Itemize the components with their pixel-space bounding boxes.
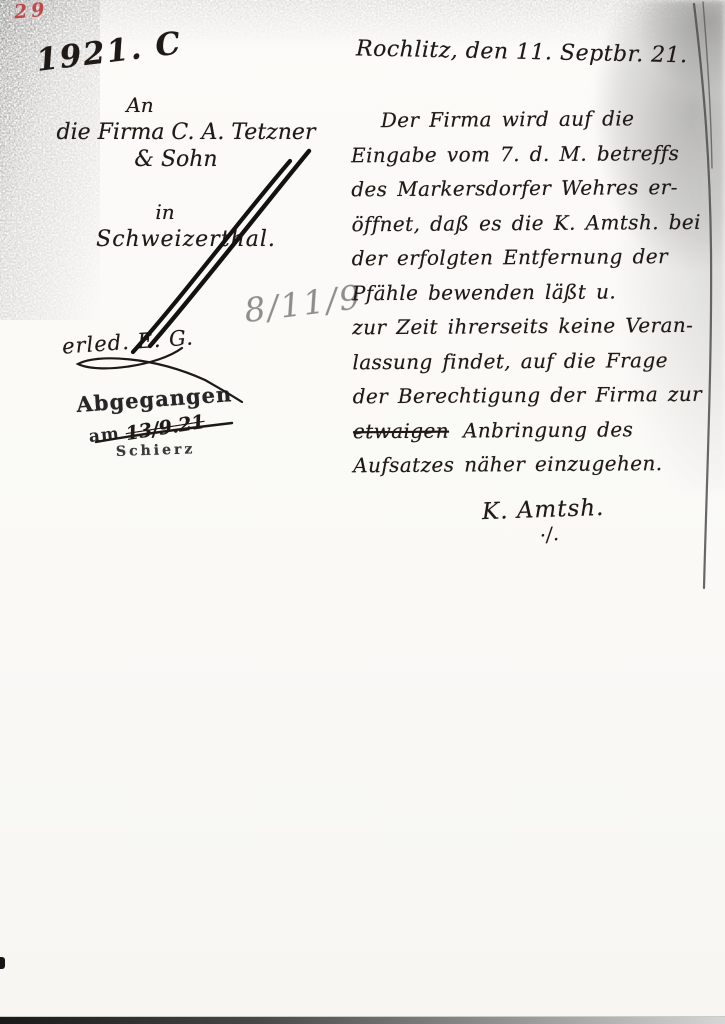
address-line: in [28,199,344,226]
address-line: Schweizerthal. [28,226,344,253]
letter-line: Pfähle bewenden läßt u. [352,273,724,310]
clerk-note: erled. E. G. [61,325,194,358]
letter-line: öffnet, daß es die K. Amtsh. bei [351,204,723,241]
archive-number: 29 [13,0,49,23]
letter-dateline: Rochlitz, den 11. Septbr. 21. [356,36,706,68]
address-line: An [28,92,344,119]
letter-line: des Markersdorfer Wehres er- [351,170,723,207]
letter-line: zur Zeit ihrerseits keine Veran- [352,308,724,345]
closing-paraph: ·/. [539,523,560,547]
stamp-clerk-name: Schierz [116,439,250,460]
letter-line: lassung findet, auf die Frage [352,342,724,379]
letter-line: der erfolgten Entfernung der [352,239,724,276]
letter-line-rest: Anbringung des [463,417,633,442]
letter-line: Aufsatzes näher einzugehen. [353,446,725,483]
pencil-note: 8/11/9 [242,277,364,330]
letter-closing: K. Amtsh. [482,495,605,525]
struck-word: etwaigen [353,418,449,443]
stamp-date-handwritten: 13/9.21 [124,411,206,445]
letter-line: Eingabe vom 7. d. M. betreffs [351,135,723,172]
scanned-letter-page: 29 1921. C An die Firma C. A. Tetzner & … [0,0,725,1024]
scan-edge-bottom [0,1017,725,1024]
letter-line: der Berechtigung der Firma zur [353,377,725,414]
address-line: & Sohn [28,146,344,173]
file-reference: 1921. C [34,25,184,79]
dispatch-stamp: Abgegangen am13/9.21 Schierz [76,380,251,465]
letter-line: Der Firma wird auf die [351,101,723,138]
address-line: die Firma C. A. Tetzner [28,119,344,146]
recipient-address: An die Firma C. A. Tetzner & Sohn in Sch… [28,92,344,253]
letter-line-with-strikeout: etwaigenAnbringung des [353,411,725,448]
scan-mark-left-edge [0,957,5,969]
letter-body: Der Firma wird auf die Eingabe vom 7. d.… [351,101,725,483]
